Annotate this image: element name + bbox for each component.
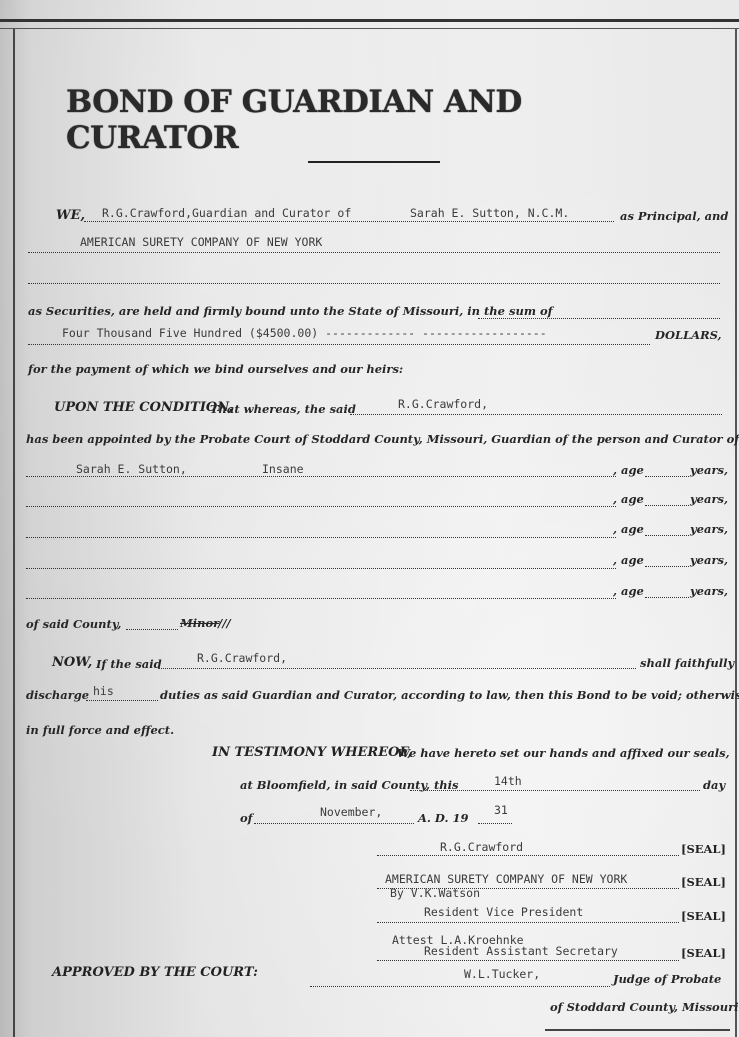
ward-row-name: Sarah E. Sutton, (76, 462, 187, 476)
age-fill-line (645, 476, 689, 477)
years-label: years, (690, 553, 728, 567)
age-label: , age (613, 553, 644, 567)
discharge-label: discharge (26, 688, 89, 702)
appointment-text: has been appointed by the Probate Court … (26, 432, 739, 446)
age-label: , age (613, 584, 644, 598)
surety-fill-line-2 (28, 283, 720, 284)
signature-principal: R.G.Crawford (440, 840, 523, 854)
of-label: of (240, 811, 253, 825)
age-fill-line (645, 566, 689, 567)
signature-surety: AMERICAN SURETY COMPANY OF NEW YORK (385, 872, 627, 886)
age-label: , age (613, 463, 644, 477)
ward-name-fill-line (26, 506, 616, 507)
left-margin-rule (13, 29, 15, 1037)
age-fill-line (645, 505, 689, 506)
condition-name-value: R.G.Crawford, (398, 397, 488, 411)
judge-fill-line (310, 986, 610, 987)
payment-text: for the payment of which we bind ourselv… (28, 362, 403, 376)
years-label: years, (690, 463, 728, 477)
ad-label: A. D. 19 (418, 811, 469, 825)
principal-fill-line (84, 221, 614, 222)
now-text: If the said (96, 657, 162, 671)
principal-trail-text: as Principal, and (620, 209, 728, 223)
years-label: years, (690, 522, 728, 536)
effect-text: in full force and effect. (26, 723, 174, 737)
age-fill-line (645, 535, 689, 536)
county-strike-marks: /// (218, 616, 231, 630)
now-label: NOW, (52, 655, 92, 670)
discharge-text: duties as said Guardian and Curator, acc… (160, 688, 739, 702)
condition-label: UPON THE CONDITION, (54, 400, 233, 415)
judge-name-value: W.L.Tucker, (464, 967, 540, 981)
month-fill-line (254, 823, 414, 824)
signature-line (377, 855, 679, 856)
day-label: day (703, 778, 725, 792)
now-fill-line (158, 668, 636, 669)
surety-fill-line (28, 252, 720, 253)
county-fill-line (126, 629, 178, 630)
ward-name-fill-line (26, 568, 616, 569)
day-fill-line (410, 790, 700, 791)
top-border-rule (0, 19, 739, 22)
ward-name-value: Sarah E. Sutton, N.C.M. (410, 206, 569, 220)
dollars-label: DOLLARS, (655, 328, 722, 342)
scanned-document-page: BOND OF GUARDIAN AND CURATOR WE, R.G.Cra… (0, 0, 739, 1037)
ward-name-fill-line (26, 537, 616, 538)
signature-line (377, 922, 679, 923)
approved-label: APPROVED BY THE COURT: (52, 965, 258, 980)
now-name-value: R.G.Crawford, (197, 651, 287, 665)
county-label: of said County, (26, 617, 121, 631)
testimony-text: We have hereto set our hands and affixed… (397, 746, 730, 760)
amount-fill-line (28, 344, 650, 345)
signature-secretary-title: Resident Assistant Secretary (424, 944, 618, 958)
year-fill-line (478, 823, 512, 824)
signature-vp-title: Resident Vice President (424, 905, 583, 919)
years-label: years, (690, 492, 728, 506)
seal-label: [SEAL] (681, 946, 726, 960)
seal-label: [SEAL] (681, 842, 726, 856)
discharge-pronoun-value: his (93, 684, 114, 698)
principal-name-value: R.G.Crawford,Guardian and Curator of (102, 206, 351, 220)
day-value: 14th (494, 774, 522, 788)
age-label: , age (613, 492, 644, 506)
title-underline (308, 161, 440, 163)
jurisdiction-text: of Stoddard County, Missouri. (550, 1000, 739, 1014)
sum-amount-value: Four Thousand Five Hundred ($4500.00) --… (62, 326, 547, 340)
county-struck-value: Minor (180, 616, 219, 630)
we-label: WE, (56, 208, 85, 223)
years-label: years, (690, 584, 728, 598)
seal-label: [SEAL] (681, 875, 726, 889)
right-margin-rule (735, 29, 737, 1037)
testimony-label: IN TESTIMONY WHEREOF, (212, 745, 412, 760)
ward-row-status: Insane (262, 462, 304, 476)
now-trail-text: shall faithfully (640, 656, 734, 670)
condition-text: That whereas, the said (210, 402, 356, 416)
age-fill-line (645, 597, 689, 598)
judge-title: Judge of Probate (613, 972, 721, 986)
age-label: , age (613, 522, 644, 536)
sum-fill-line (478, 318, 720, 319)
document-title: BOND OF GUARDIAN AND CURATOR (66, 84, 686, 156)
year-value: 31 (494, 803, 508, 817)
ward-name-fill-line (26, 476, 616, 477)
seal-label: [SEAL] (681, 909, 726, 923)
surety-value: AMERICAN SURETY COMPANY OF NEW YORK (80, 235, 322, 249)
condition-fill-line (350, 414, 722, 415)
securities-text: as Securities, are held and firmly bound… (28, 304, 553, 318)
signature-line (377, 960, 679, 961)
signature-by: By V.K.Watson (390, 886, 480, 900)
discharge-fill-line (86, 700, 158, 701)
ward-name-fill-line (26, 598, 616, 599)
bottom-rule (545, 1029, 730, 1031)
month-value: November, (320, 805, 382, 819)
top-border-rule-thin (0, 28, 739, 29)
